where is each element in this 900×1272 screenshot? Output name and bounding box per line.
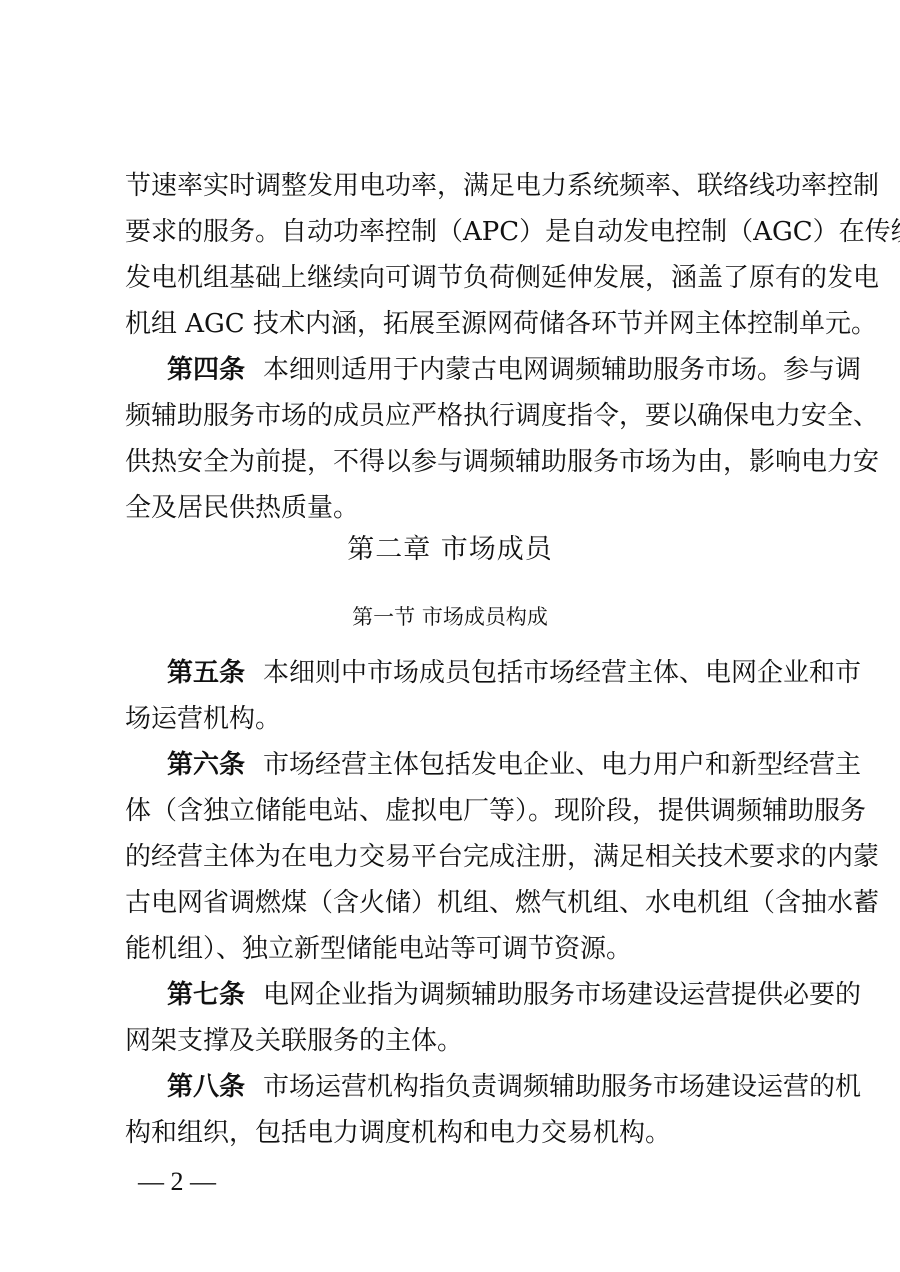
body-line: 节速率实时调整发用电功率，满足电力系统频率、联络线功率控制 bbox=[125, 163, 785, 209]
article-6-text: 市场经营主体包括发电企业、电力用户和新型经营主 bbox=[263, 750, 861, 780]
article-4-first-line: 第四条本细则适用于内蒙古电网调频辅助服务市场。参与调 bbox=[125, 347, 785, 393]
body-line: 的经营主体为在电力交易平台完成注册，满足相关技术要求的内蒙 bbox=[125, 834, 785, 880]
article-7-text: 电网企业指为调频辅助服务市场建设运营提供必要的 bbox=[263, 980, 861, 1010]
chapter-title: 第二章 市场成员 bbox=[0, 530, 900, 570]
article-5-text: 本细则中市场成员包括市场经营主体、电网企业和市 bbox=[263, 658, 861, 688]
page-number: — 2 — bbox=[138, 1165, 216, 1199]
body-line: 机组 AGC 技术内涵，拓展至源网荷储各环节并网主体控制单元。 bbox=[125, 301, 785, 347]
body-line: 场运营机构。 bbox=[125, 696, 785, 742]
body-line: 全及居民供热质量。 bbox=[125, 485, 785, 531]
document-page: 节速率实时调整发用电功率，满足电力系统频率、联络线功率控制 要求的服务。自动功率… bbox=[0, 0, 900, 1272]
article-6-first-line: 第六条市场经营主体包括发电企业、电力用户和新型经营主 bbox=[125, 742, 785, 788]
article-7-first-line: 第七条电网企业指为调频辅助服务市场建设运营提供必要的 bbox=[125, 972, 785, 1018]
article-5-label: 第五条 bbox=[167, 658, 245, 688]
article-7-label: 第七条 bbox=[167, 980, 245, 1010]
body-line: 网架支撑及关联服务的主体。 bbox=[125, 1018, 785, 1064]
article-5-first-line: 第五条本细则中市场成员包括市场经营主体、电网企业和市 bbox=[125, 650, 785, 696]
article-4-label: 第四条 bbox=[167, 355, 245, 385]
body-line: 发电机组基础上继续向可调节负荷侧延伸发展，涵盖了原有的发电 bbox=[125, 255, 785, 301]
body-line: 古电网省调燃煤（含火储）机组、燃气机组、水电机组（含抽水蓄 bbox=[125, 880, 785, 926]
section-title: 第一节 市场成员构成 bbox=[0, 600, 900, 634]
article-8-first-line: 第八条市场运营机构指负责调频辅助服务市场建设运营的机 bbox=[125, 1064, 785, 1110]
body-line: 供热安全为前提，不得以参与调频辅助服务市场为由，影响电力安 bbox=[125, 439, 785, 485]
article-4-text: 本细则适用于内蒙古电网调频辅助服务市场。参与调 bbox=[263, 355, 861, 385]
article-6-label: 第六条 bbox=[167, 750, 245, 780]
article-8-label: 第八条 bbox=[167, 1072, 245, 1102]
body-line: 能机组）、独立新型储能电站等可调节资源。 bbox=[125, 926, 785, 972]
body-line: 体（含独立储能电站、虚拟电厂等）。现阶段，提供调频辅助服务 bbox=[125, 788, 785, 834]
body-line: 构和组织，包括电力调度机构和电力交易机构。 bbox=[125, 1110, 785, 1156]
article-8-text: 市场运营机构指负责调频辅助服务市场建设运营的机 bbox=[263, 1072, 861, 1102]
body-line: 频辅助服务市场的成员应严格执行调度指令，要以确保电力安全、 bbox=[125, 393, 785, 439]
body-line: 要求的服务。自动功率控制（APC）是自动发电控制（AGC）在传统 bbox=[125, 209, 785, 255]
